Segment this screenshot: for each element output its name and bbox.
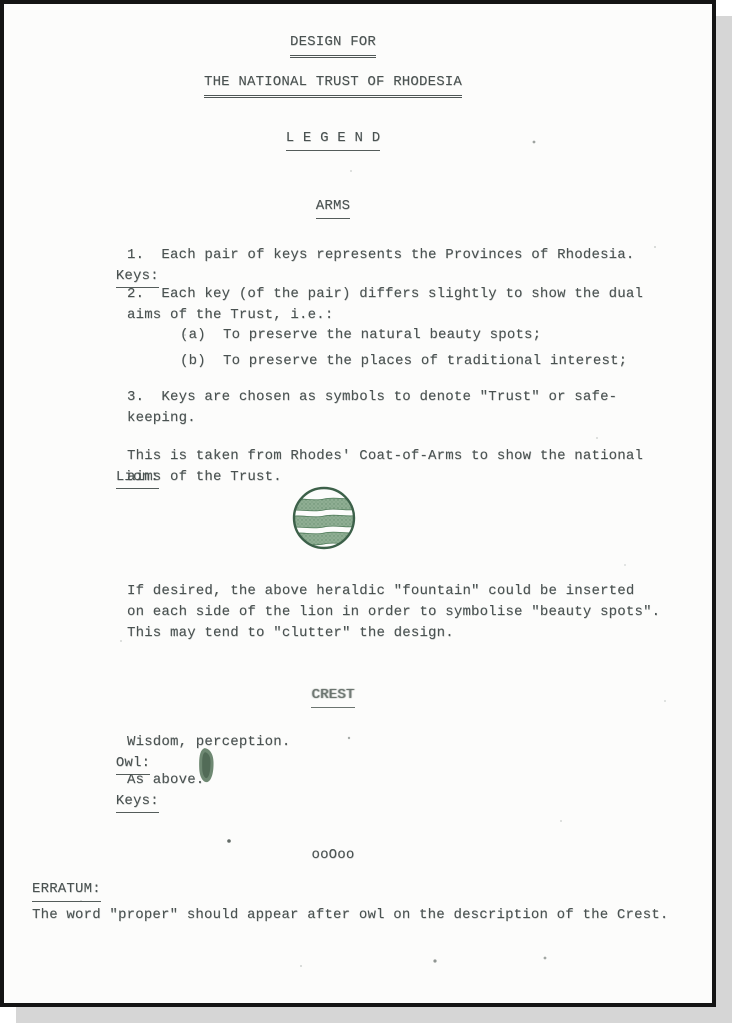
heraldic-fountain-emblem [289,483,359,553]
title-national-trust: THE NATIONAL TRUST OF RHODESIA [44,72,622,98]
document-page: DESIGN FOR THE NATIONAL TRUST OF RHODESI… [0,0,716,1007]
green-ink-blot [191,744,222,787]
title-line-1: DESIGN FOR [290,32,376,58]
page-content: DESIGN FOR THE NATIONAL TRUST OF RHODESI… [4,4,712,1003]
scanned-document: DESIGN FOR THE NATIONAL TRUST OF RHODESI… [0,0,732,1024]
legend-heading: L E G E N D [44,128,622,151]
erratum-label: ERRATUM: [32,879,101,902]
title-design-for: DESIGN FOR [44,32,622,58]
arms-item-2b: (b) To preserve the places of traditiona… [180,351,627,372]
crest-keys-text: As above. [127,770,204,791]
crest-heading-text: CREST [311,685,354,708]
ink-blot-icon [191,744,222,787]
erratum-text: The word "proper" should appear after ow… [32,905,669,926]
arms-item-1: 1. Each pair of keys represents the Prov… [127,245,634,266]
fountain-icon [289,483,359,553]
arms-heading: ARMS [44,196,622,219]
arms-item-3: 3. Keys are chosen as symbols to denote … [127,387,617,429]
fountain-note: If desired, the above heraldic "fountain… [127,581,660,644]
title-line-2: THE NATIONAL TRUST OF RHODESIA [204,72,462,98]
lion-text: This is taken from Rhodes' Coat-of-Arms … [127,446,643,488]
crest-heading: CREST [44,685,622,708]
arms-item-2a: (a) To preserve the natural beauty spots… [180,325,541,346]
arms-heading-text: ARMS [316,196,350,219]
section-divider: ooOoo [44,845,622,866]
scan-noise [4,4,6,6]
arms-item-2: 2. Each key (of the pair) differs slight… [127,284,643,326]
legend-heading-text: L E G E N D [286,128,381,151]
